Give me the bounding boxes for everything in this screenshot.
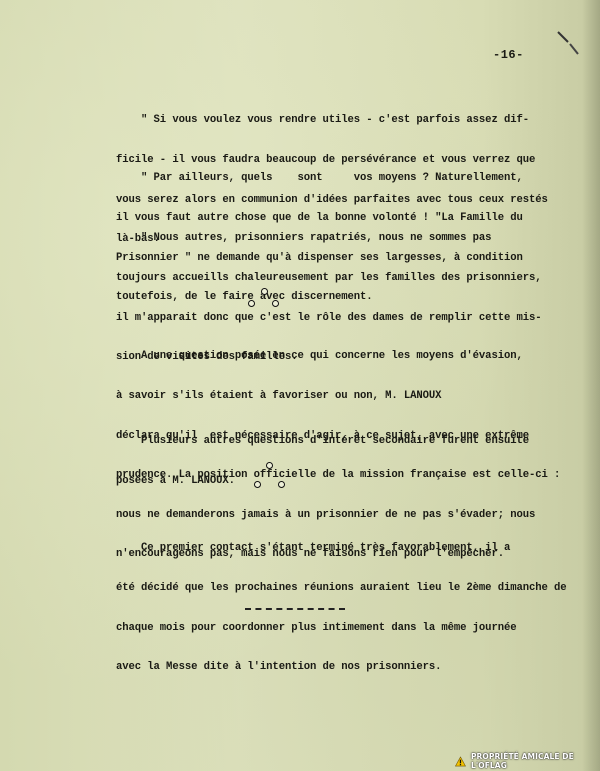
watermark: PROPRIÉTÉ AMICALE DE L'OFLAG bbox=[455, 752, 600, 770]
paragraph-5: Plusieurs autres questions d'intérêt sec… bbox=[116, 409, 566, 501]
text-line: Plusieurs autres questions d'intérêt sec… bbox=[116, 435, 566, 448]
text-line: " Nous autres, prisonniers rapatriés, no… bbox=[116, 232, 566, 245]
separator-dot bbox=[248, 300, 255, 307]
text-line: à savoir s'ils étaient à favoriser ou no… bbox=[116, 390, 566, 403]
separator-dot bbox=[261, 288, 268, 295]
watermark-text: PROPRIÉTÉ AMICALE DE L'OFLAG bbox=[471, 752, 600, 770]
text-line: " Si vous voulez vous rendre utiles - c'… bbox=[116, 114, 566, 127]
text-line: " Par ailleurs, quels sont vos moyens ? … bbox=[116, 172, 566, 185]
separator-dot bbox=[272, 300, 279, 307]
separator-dot bbox=[254, 481, 261, 488]
text-line: posées à M. LANOUX. bbox=[116, 475, 566, 488]
page-number: -16- bbox=[493, 48, 524, 62]
text-line: il m'apparait donc que c'est le rôle des… bbox=[116, 312, 566, 325]
text-line: Ce premier contact s'étant terminé très … bbox=[116, 542, 566, 555]
text-line: chaque mois pour coordonner plus intimem… bbox=[116, 622, 566, 635]
text-line: toujours accueills chaleureusement par l… bbox=[116, 272, 566, 285]
text-line: avec la Messe dite à l'intention de nos … bbox=[116, 661, 566, 674]
separator-dot bbox=[266, 462, 273, 469]
end-rule bbox=[245, 608, 345, 612]
text-line: été décidé que les prochaines réunions a… bbox=[116, 582, 566, 595]
warning-icon bbox=[455, 756, 466, 767]
page-edge-shadow bbox=[582, 0, 600, 771]
staple-mark-icon bbox=[556, 30, 586, 60]
paragraph-6: Ce premier contact s'étant terminé très … bbox=[116, 516, 566, 688]
text-line: A une question posée en ce qui concerne … bbox=[116, 350, 566, 363]
separator-dot bbox=[278, 481, 285, 488]
